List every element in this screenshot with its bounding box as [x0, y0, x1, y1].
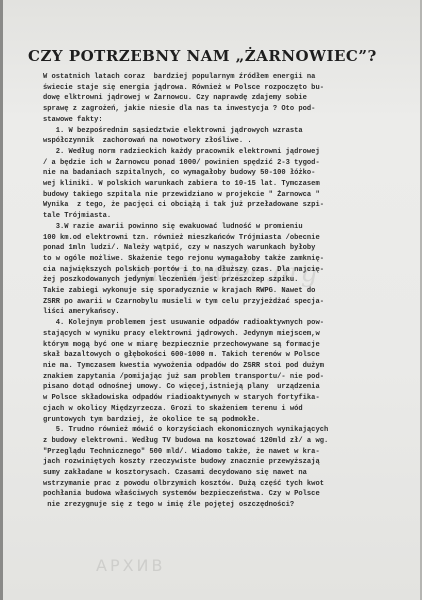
- text-line: którym mogą być one w miarę bezpiecznie …: [43, 340, 363, 351]
- text-line: świecie staje się energia jądrowa. Równi…: [43, 83, 363, 94]
- text-line: W ostatnich latach coraz bardziej popula…: [43, 72, 363, 83]
- text-line: żej poszkodowanych jedynym leczeniem jes…: [43, 275, 363, 286]
- text-line: współczynnik zachorowań na nowotwory zło…: [43, 136, 363, 147]
- text-line: 100 km.od elektrowni tzn. również mieszk…: [43, 233, 363, 244]
- text-line: ZSRR po awarii w Czarnobylu musieli w ty…: [43, 297, 363, 308]
- text-line: skał bazaltowych o głębokości 600-1000 m…: [43, 350, 363, 361]
- text-line: stających w wyniku pracy elektrowni jądr…: [43, 329, 363, 340]
- text-line: sprawę z zagrożeń, jakie niesie dla nas …: [43, 104, 363, 115]
- text-line: tale Trójmiasta.: [43, 211, 363, 222]
- text-line: budowy takiego szpitala nie przewidziano…: [43, 190, 363, 201]
- text-line: 2. Według norm radzieckich każdy pracown…: [43, 147, 363, 158]
- text-line: znakiem zapytania /pomijając już sam pro…: [43, 372, 363, 383]
- text-line: cjach w okolicy Międzyrzecza. Grozi to s…: [43, 404, 363, 415]
- text-line: 4. Kolejnym problemem jest usuwanie odpa…: [43, 318, 363, 329]
- text-line: / a będzie ich w Żarnowcu ponad 1000/ po…: [43, 158, 363, 169]
- text-line: dowę elktrowni jądrowej w Żarnowcu. Czy …: [43, 93, 363, 104]
- text-line: gruntowych tym bardziej, że okolice te s…: [43, 415, 363, 426]
- text-line: nie na badaniach szpitalnych, co wymagał…: [43, 168, 363, 179]
- text-line: z budowy elektrowni. Według TV budowa ma…: [43, 436, 363, 447]
- document-title: CZY POTRZEBNY NAM „ŻARNOWIEC”?: [28, 47, 408, 65]
- text-line: "Przeglądu Technicznego" 500 mld/. Wiado…: [43, 447, 363, 458]
- text-line: nie zrezygnuje się z tego w imię źle poj…: [43, 500, 363, 511]
- text-line: 1. W bezpośrednim sąsiedztwie elektrowni…: [43, 126, 363, 137]
- text-line: ponad 1mln ludzi/. Należy wątpić, czy w …: [43, 243, 363, 254]
- text-line: Wynika z tego, że pacjęci ci obciążą i t…: [43, 200, 363, 211]
- scanned-page: CZY POTRZEBNY NAM „ŻARNOWIEC”? zarnowiec…: [0, 0, 422, 600]
- text-line: wstrzymanie prac z powodu olbrzymich kos…: [43, 479, 363, 490]
- text-line: 5. Trudno również mówić o korzyściach ek…: [43, 425, 363, 436]
- text-line: pochłania budowa właściwych systemów bez…: [43, 489, 363, 500]
- text-line: sumy zakładane w kosztorysach. Czasami d…: [43, 468, 363, 479]
- text-line: stawowe fakty:: [43, 115, 363, 126]
- text-line: wej kliniki. W polskich warunkach zabier…: [43, 179, 363, 190]
- text-line: w Polsce składowiska odpadów riadioaktyw…: [43, 393, 363, 404]
- text-line: Takie zabiegi wykonuje się sporadycznie …: [43, 286, 363, 297]
- text-line: liści amerykańscy.: [43, 307, 363, 318]
- text-line: cia największych polskich portów i to na…: [43, 265, 363, 276]
- text-line: 3.W razie awarii powinno się ewakuować l…: [43, 222, 363, 233]
- text-line: pisano dotąd odnośnej umowy. Co więcej,i…: [43, 382, 363, 393]
- text-line: to w ogóle możliwe. Skażenie tego rejonu…: [43, 254, 363, 265]
- page-left-edge: [0, 0, 3, 600]
- archive-stamp: АРХИВ: [96, 556, 166, 575]
- text-line: jach rozwiniętych koszty rzeczywiste bud…: [43, 457, 363, 468]
- document-body: W ostatnich latach coraz bardziej popula…: [43, 72, 363, 511]
- text-line: nie ma. Tymczasem kwestia wywożenia odpa…: [43, 361, 363, 372]
